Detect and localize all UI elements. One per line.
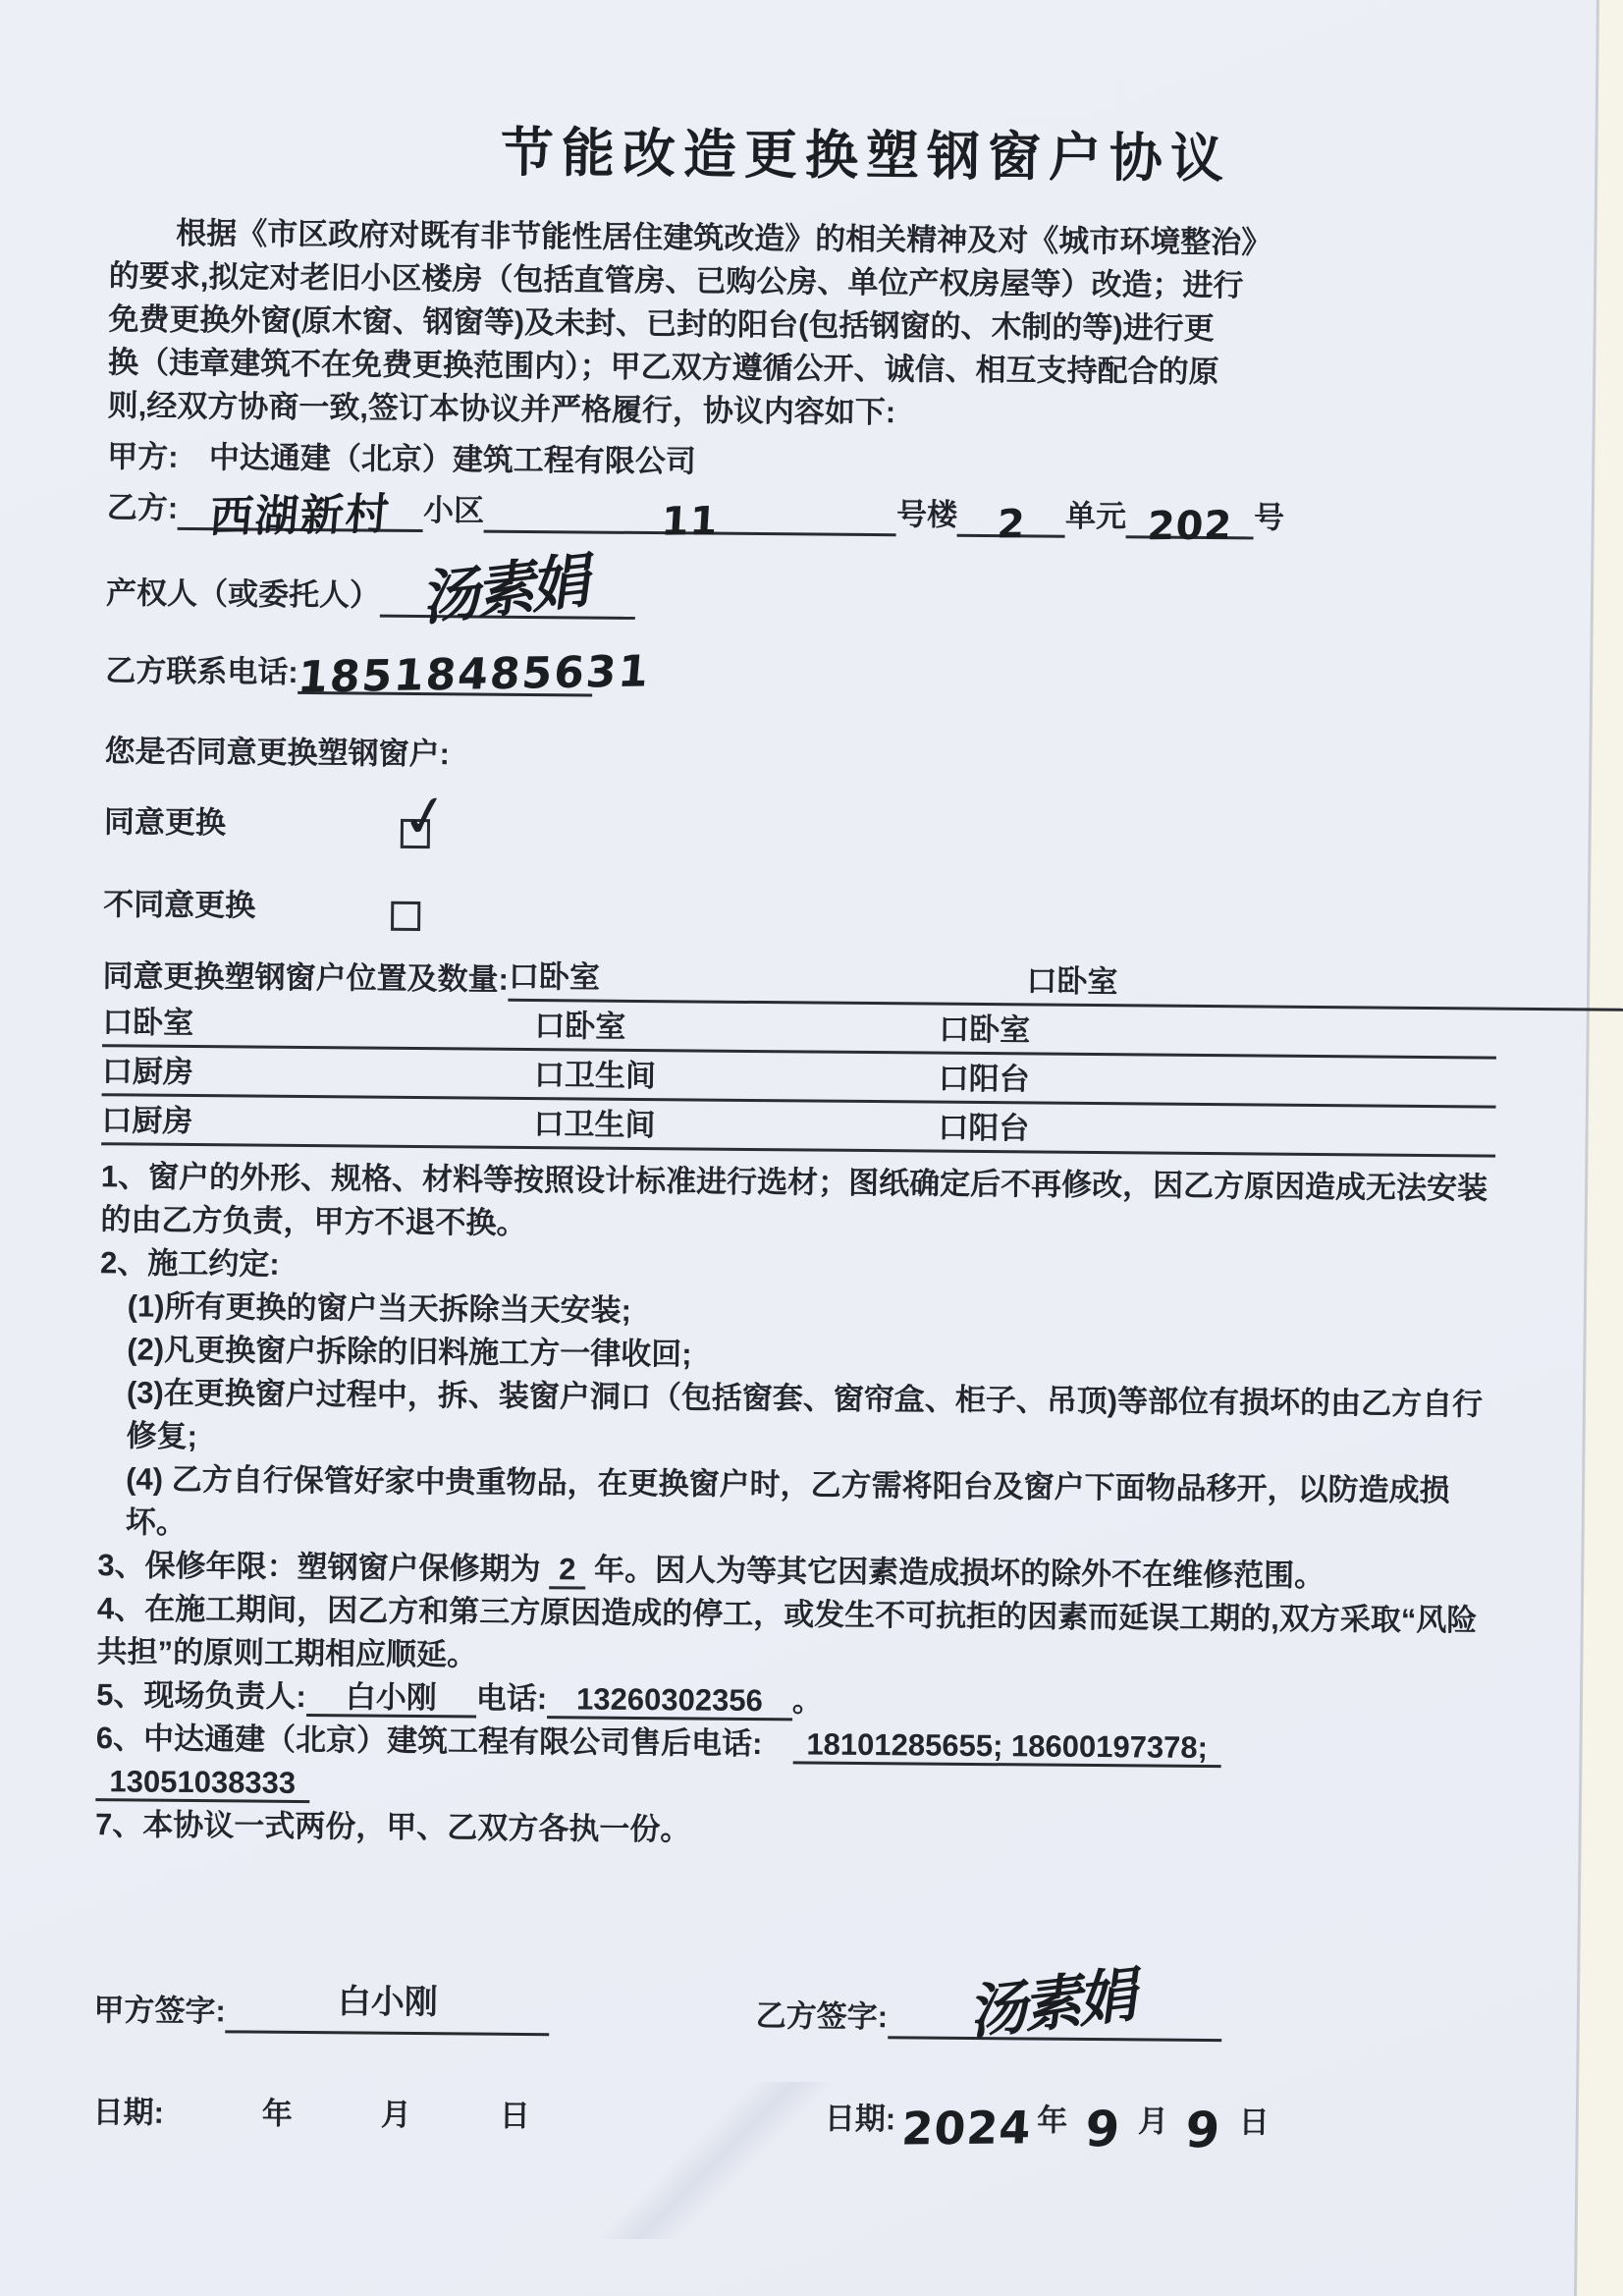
positions-heading: 同意更换塑钢窗户位置及数量: (102, 955, 509, 1002)
clause-6-label: 中达通建（北京）建筑工程有限公司售后电话: (143, 1722, 763, 1761)
position-cell: 口阳台 (939, 1058, 1343, 1105)
owner-signature-handwritten: 汤素娟 (423, 559, 593, 622)
disagree-checkbox[interactable] (391, 902, 420, 931)
date-a-year-label: 年 (262, 2093, 293, 2136)
date-b-month-label: 月 (1138, 2100, 1168, 2143)
after-sales-phones-1: 18101285655; 18600197378; (792, 1726, 1221, 1768)
clause-5-end: 。 (792, 1683, 823, 1718)
party-b-sign-label: 乙方签字: (756, 1995, 889, 2039)
clause-1-num: 1、 (101, 1159, 149, 1193)
clause-2-text: 施工约定: (147, 1246, 280, 1282)
building-handwritten: 11 (661, 500, 720, 544)
consent-question: 您是否同意更换塑钢窗户: (104, 730, 1623, 787)
clause-3-pre: 保修年限：塑钢窗户保修期为 (144, 1549, 540, 1587)
position-cell: 口卧室 (1026, 959, 1623, 1008)
position-cell: 口卫生间 (534, 1054, 939, 1101)
position-cell: 口厨房 (102, 1050, 535, 1097)
clause-5-phone-label: 电话: (476, 1681, 548, 1717)
clause-5-num: 5、 (96, 1677, 144, 1712)
disagree-line: 不同意更换 (103, 883, 1623, 940)
date-b-day-handwritten: 9 (1185, 2108, 1222, 2152)
site-manager-phone: 13260302356 (547, 1681, 792, 1721)
checkmark-icon: ✓ (398, 785, 455, 848)
date-b-year-label: 年 (1037, 2100, 1067, 2143)
party-a-signature-field: 白小刚 (226, 1979, 550, 2036)
position-cell: 口卧室 (102, 1001, 535, 1048)
party-b-line: 乙方:西湖新村 小区 11 号楼 2 单元 202 号 (107, 486, 1623, 543)
clause-4-num: 4、 (97, 1591, 145, 1625)
site-manager-name: 白小刚 (306, 1679, 476, 1719)
clause-1: 1、窗户的外形、规格、材料等按照设计标准进行选材；图纸确定后不再修改，因乙方原因… (100, 1155, 1505, 1253)
unit-label: 单元 (1065, 495, 1126, 539)
phone-b-handwritten: 18518485631 (297, 650, 653, 699)
positions-heading-cells: 口卧室 口卧室 (509, 956, 1623, 1011)
room-handwritten: 202 (1146, 504, 1233, 548)
clause-2-num: 2、 (100, 1245, 148, 1280)
date-a-label: 日期: (92, 2091, 164, 2135)
clause-3-num: 3、 (97, 1548, 145, 1582)
date-a-day-label: 日 (500, 2095, 530, 2138)
party-a-line: 甲方: 中达通建（北京）建筑工程有限公司 (107, 435, 1623, 492)
position-cell: 口卫生间 (533, 1103, 938, 1150)
party-a-value: 中达通建（北京）建筑工程有限公司 (209, 440, 696, 478)
position-cell: 口卧室 (509, 956, 1027, 1004)
clause-2-sub-4: (4) 乙方自行保管好家中贵重物品，在更换窗户时，乙方需将阳台及窗户下面物品移开… (126, 1457, 1503, 1556)
building-label: 号楼 (896, 493, 957, 537)
clause-7-num: 7、 (95, 1807, 143, 1841)
clause-5-label: 现场负责人: (143, 1678, 306, 1714)
position-cell: 口卧室 (534, 1005, 939, 1052)
clause-3-post: 年。因人为等其它因素造成损坏的除外不在维修范围。 (594, 1553, 1325, 1593)
owner-signature-field: 汤素娟 (380, 558, 636, 620)
document-title: 节能改造更换塑钢窗户协议 (149, 116, 1584, 197)
warranty-years: 2 (549, 1552, 586, 1589)
date-a-month-label: 月 (381, 2094, 411, 2137)
clauses-section: 1、窗户的外形、规格、材料等按照设计标准进行选材；图纸确定后不再修改，因乙方原因… (95, 1155, 1505, 1858)
phone-b-line: 乙方联系电话:18518485631 (105, 640, 1623, 706)
community-field: 西湖新村 (178, 488, 423, 532)
clause-6: 6、中达通建（北京）建筑工程有限公司售后电话: 18101285655; 186… (95, 1717, 1500, 1815)
party-a-label: 甲方: (107, 439, 179, 474)
phone-b-label: 乙方联系电话: (105, 649, 298, 694)
after-sales-phones-2: 13051038333 (95, 1764, 309, 1803)
community-suffix: 小区 (423, 489, 484, 533)
owner-line: 产权人（或委托人） 汤素娟 (106, 555, 1623, 629)
party-a-signature: 白小刚 (338, 1983, 438, 2021)
position-cell: 口阳台 (938, 1107, 1342, 1154)
room-field: 202 (1126, 496, 1254, 539)
building-field: 11 (484, 491, 896, 537)
disagree-label: 不同意更换 (103, 883, 255, 927)
owner-label: 产权人（或委托人） (106, 572, 380, 617)
unit-field: 2 (957, 495, 1065, 538)
room-label: 号 (1254, 496, 1284, 539)
clause-1-text: 窗户的外形、规格、材料等按照设计标准进行选材；图纸确定后不再修改，因乙方原因造成… (100, 1160, 1488, 1240)
date-b-label: 日期: (825, 2098, 896, 2142)
date-b-month-handwritten: 9 (1084, 2107, 1121, 2151)
date-b-year-handwritten: 2024 (900, 2105, 1033, 2150)
clause-7-text: 本协议一式两份，甲、乙双方各执一份。 (142, 1808, 690, 1847)
party-b-label: 乙方: (107, 486, 179, 530)
date-b-day-label: 日 (1239, 2101, 1270, 2144)
agree-checkbox[interactable]: ✓ (401, 819, 430, 848)
community-handwritten: 西湖新村 (208, 493, 393, 539)
party-a-sign-label: 甲方签字: (93, 1989, 226, 2033)
clause-2-sub-3: (3)在更换窗户过程中，拆、装窗户洞口（包括窗套、窗帘盒、柜子、吊顶)等部位有损… (126, 1371, 1503, 1469)
phone-b-field: 18518485631 (298, 642, 592, 697)
agreement-document: 节能改造更换塑钢窗户协议 根据《市区政府对既有非节能性居住建筑改造》的相关精神及… (0, 0, 1623, 2148)
intro-paragraph: 根据《市区政府对既有非节能性居住建筑改造》的相关精神及对《城市环境整治》 的要求… (108, 211, 1623, 441)
position-cell: 口厨房 (101, 1099, 534, 1146)
signature-row: 甲方签字: 白小刚 乙方签字: 汤素娟 (93, 1964, 1623, 2046)
clause-4-text: 在施工期间，因乙方和第三方原因造成的停工，或发生不可抗拒的因素而延误工期的,双方… (96, 1592, 1477, 1672)
agree-line: 同意更换 ✓ (104, 800, 1623, 857)
clause-4: 4、在施工期间，因乙方和第三方原因造成的停工，或发生不可抗拒的因素而延误工期的,… (96, 1587, 1501, 1685)
party-b-signature-field: 汤素娟 (888, 1971, 1222, 2042)
clause-6-num: 6、 (96, 1721, 144, 1755)
agree-label: 同意更换 (104, 800, 226, 845)
unit-handwritten: 2 (996, 503, 1027, 546)
position-cell: 口卧室 (939, 1009, 1343, 1056)
party-b-signature-handwritten: 汤素娟 (970, 1973, 1140, 2036)
